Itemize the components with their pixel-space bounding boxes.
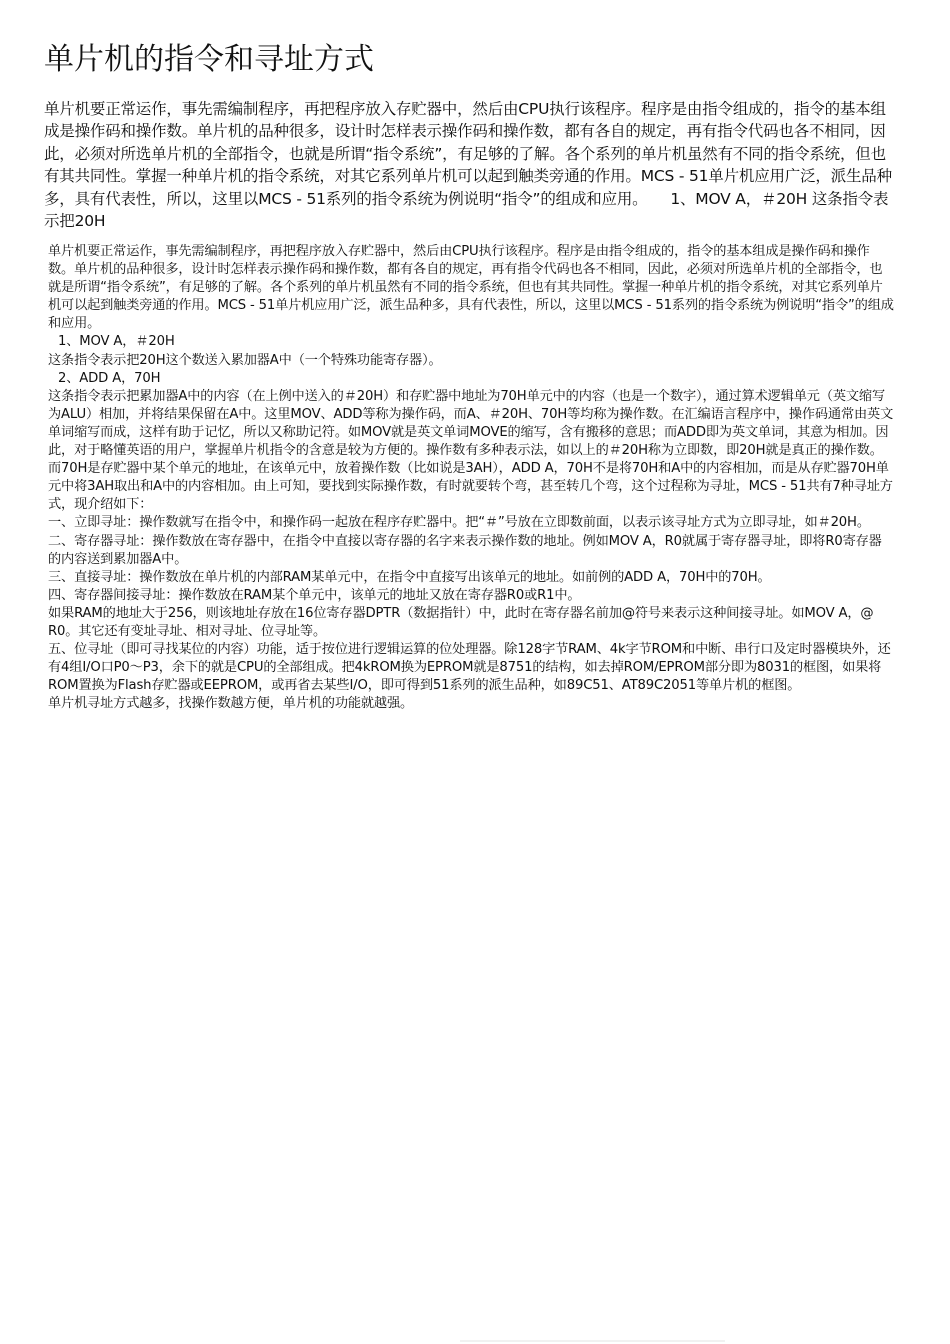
paragraph-direct-addressing: 三、直接寻址：操作数放在单片机的内部RAM某单元中，在指令中直接写出该单元的地址…	[44, 569, 894, 587]
paragraph-immediate-addressing: 一、立即寻址：操作数就写在指令中，和操作码一起放在程序存贮器中。把“＃”号放在立…	[44, 514, 894, 532]
document-page: 单片机的指令和寻址方式 单片机要正常运作，事先需编制程序，再把程序放入存贮器中，…	[0, 0, 950, 1344]
paragraph-intro: 单片机要正常运作，事先需编制程序，再把程序放入存贮器中，然后由CPU执行该程序。…	[44, 243, 894, 333]
paragraph-dptr-indirect: 如果RAM的地址大于256，则该地址存放在16位寄存器DPTR（数据指针）中，此…	[44, 605, 894, 641]
paragraph-add-explanation: 这条指令表示把累加器A中的内容（在上例中送入的＃20H）和存贮器中地址为70H单…	[44, 388, 894, 515]
paragraph-register-indirect-addressing: 四、寄存器间接寻址：操作数放在RAM某个单元中，该单元的地址又放在寄存器R0或R…	[44, 587, 894, 605]
paragraph-mov-explanation: 这条指令表示把20H这个数送入累加器A中（一个特殊功能寄存器）。	[44, 352, 894, 370]
document-summary: 单片机要正常运作，事先需编制程序，再把程序放入存贮器中，然后由CPU执行该程序。…	[44, 98, 894, 232]
paragraph-register-addressing: 二、寄存器寻址：操作数放在寄存器中，在指令中直接以寄存器的名字来表示操作数的地址…	[44, 533, 894, 569]
instruction-example-mov: 1、MOV A，＃20H	[44, 333, 894, 351]
paragraph-bit-addressing: 五、位寻址（即可寻找某位的内容）功能，适于按位进行逻辑运算的位处理器。除128字…	[44, 641, 894, 695]
page-bottom-divider	[460, 1340, 725, 1342]
document-title: 单片机的指令和寻址方式	[44, 36, 374, 84]
document-body: 单片机要正常运作，事先需编制程序，再把程序放入存贮器中，然后由CPU执行该程序。…	[44, 243, 894, 713]
paragraph-conclusion: 单片机寻址方式越多，找操作数越方便，单片机的功能就越强。	[44, 695, 894, 713]
instruction-example-add: 2、ADD A，70H	[44, 370, 894, 388]
